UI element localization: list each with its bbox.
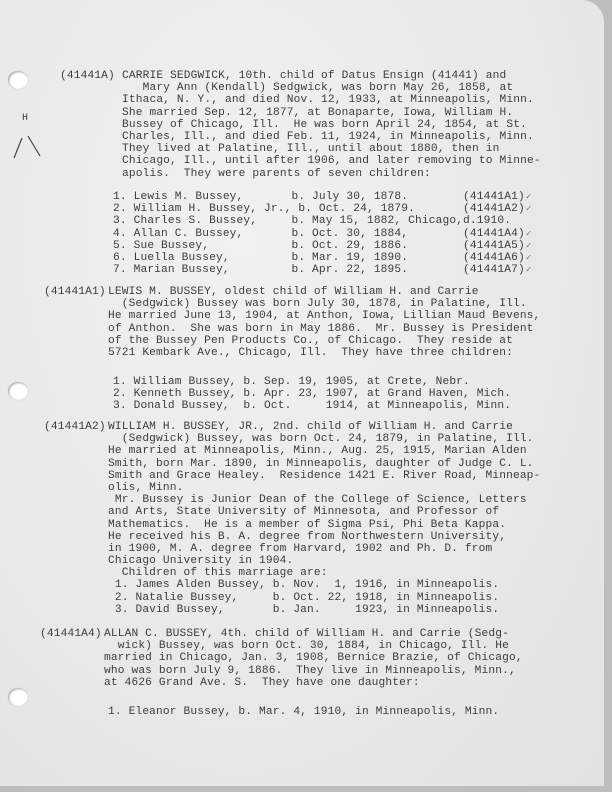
text-line: Mr. Bussey is Junior Dean of the College… <box>108 494 540 506</box>
check-mark-icon: ✓ <box>526 192 532 202</box>
text-line: wick) Bussey, was born Oct. 30, 1884, in… <box>104 640 523 652</box>
entry-body: WILLIAM H. BUSSEY, JR., 2nd. child of Wi… <box>108 421 540 616</box>
text-line: Chicago University in 1904. <box>108 555 540 567</box>
text-line: 1. James Alden Bussey, b. Nov. 1, 1916, … <box>108 579 540 591</box>
document-page: H (41441A) CARRIE SEDGWICK, 10th. child … <box>0 0 604 786</box>
text-line: Ithaca, N. Y., and died Nov. 12, 1933, a… <box>122 94 541 106</box>
child-row: 2. William H. Bussey, Jr., b. Oct. 24, 1… <box>113 203 531 215</box>
text-line: 3. David Bussey, b. Jan. 1923, in Minnea… <box>108 604 540 616</box>
entry-body: ALLAN C. BUSSEY, 4th. child of William H… <box>104 628 523 689</box>
check-mark-icon: ✓ <box>526 204 532 214</box>
text-line: 1. Eleanor Bussey, b. Mar. 4, 1910, in M… <box>108 706 499 718</box>
child-row: 4. Allan C. Bussey, b. Oct. 30, 1884, (4… <box>113 228 531 240</box>
text-line: in 1900, M. A. degree from Harvard, 1902… <box>108 543 540 555</box>
check-mark-icon: ✓ <box>526 265 532 275</box>
entry-body: LEWIS M. BUSSEY, oldest child of William… <box>108 286 540 359</box>
text-line: ALLAN C. BUSSEY, 4th. child of William H… <box>104 628 523 640</box>
text-line: She married Sep. 12, 1877, at Bonaparte,… <box>122 107 541 119</box>
child-row: 6. Luella Bussey, b. Mar. 19, 1890. (414… <box>113 252 531 264</box>
children-list: 1. Lewis M. Bussey, b. July 30, 1878. (4… <box>113 191 531 276</box>
children-list: 1. William Bussey, b. Sep. 19, 1905, at … <box>113 376 511 413</box>
text-line: apolis. They were parents of seven child… <box>122 168 541 180</box>
text-line: Children of this marriage are: <box>108 567 540 579</box>
text-line: Smith and Grace Healey. Residence 1421 E… <box>108 470 540 482</box>
punch-hole <box>8 71 28 89</box>
text-line: Mathematics. He is a member of Sigma Psi… <box>108 519 540 531</box>
text-line: He received his B. A. degree from Northw… <box>108 531 540 543</box>
child-row: 3. Charles S. Bussey, b. May 15, 1882, C… <box>113 215 531 227</box>
text-line: Smith, born Mar. 1890, in Minneapolis, d… <box>108 458 540 470</box>
text-line: 5721 Kembark Ave., Chicago, Ill. They ha… <box>108 347 540 359</box>
check-mark-icon: ✓ <box>526 241 532 251</box>
handwritten-caret-icon <box>8 132 42 160</box>
text-line: Mary Ann (Kendall) Sedgwick, was born Ma… <box>122 82 541 94</box>
entry-ref: (41441A2) <box>44 421 106 433</box>
child-row: 7. Marian Bussey, b. Apr. 22, 1895. (414… <box>113 264 531 276</box>
text-line: WILLIAM H. BUSSEY, JR., 2nd. child of Wi… <box>108 421 540 433</box>
entry-ref: (41441A4) <box>40 628 102 640</box>
text-line: He married at Minneapolis, Minn., Aug. 2… <box>108 445 540 457</box>
text-line: CARRIE SEDGWICK, 10th. child of Datus En… <box>122 70 541 82</box>
child-row: 1. Lewis M. Bussey, b. July 30, 1878. (4… <box>113 191 531 203</box>
text-line: 3. Donald Bussey, b. Oct. 1914, at Minne… <box>113 400 511 412</box>
margin-note-letter: H <box>22 113 28 124</box>
text-line: 2. Kenneth Bussey, b. Apr. 23, 1907, at … <box>113 388 511 400</box>
text-line: of the Bussey Pen Products Co., of Chica… <box>108 335 540 347</box>
text-line: who was born July 9, 1886. They live in … <box>104 665 523 677</box>
text-line: at 4626 Grand Ave. S. They have one daug… <box>104 677 523 689</box>
entry-ref: (41441A) <box>60 70 115 82</box>
text-line: (Sedgwick) Bussey, was born Oct. 24, 187… <box>108 433 540 445</box>
children-list: 1. Eleanor Bussey, b. Mar. 4, 1910, in M… <box>108 706 499 718</box>
check-mark-icon: ✓ <box>526 253 532 263</box>
text-line: and Arts, State University of Minnesota,… <box>108 506 540 518</box>
text-line: 1. William Bussey, b. Sep. 19, 1905, at … <box>113 376 511 388</box>
text-line: Bussey of Chicago, Ill. He was born Apri… <box>122 119 541 131</box>
entry-ref: (41441A1) <box>44 286 106 298</box>
text-line: married in Chicago, Jan. 3, 1908, Bernic… <box>104 652 523 664</box>
punch-hole <box>8 382 28 400</box>
text-line: (Sedgwick) Bussey was born July 30, 1878… <box>108 298 540 310</box>
text-line: He married June 13, 1904, at Anthon, Iow… <box>108 310 540 322</box>
entry-body: CARRIE SEDGWICK, 10th. child of Datus En… <box>122 70 541 180</box>
text-line: 2. Natalie Bussey, b. Oct. 22, 1918, in … <box>108 592 540 604</box>
text-line: LEWIS M. BUSSEY, oldest child of William… <box>108 286 540 298</box>
text-line: Charles, Ill., and died Feb. 11, 1924, i… <box>122 131 541 143</box>
text-line: olis, Minn. <box>108 482 540 494</box>
text-line: of Anthon. She was born in May 1886. Mr.… <box>108 323 540 335</box>
punch-hole <box>8 688 28 706</box>
child-row: 5. Sue Bussey, b. Oct. 29, 1886. (41441A… <box>113 240 531 252</box>
check-mark-icon: ✓ <box>526 229 532 239</box>
text-line: They lived at Palatine, Ill., until abou… <box>122 143 541 155</box>
text-line: Chicago, Ill., until after 1906, and lat… <box>122 155 541 167</box>
